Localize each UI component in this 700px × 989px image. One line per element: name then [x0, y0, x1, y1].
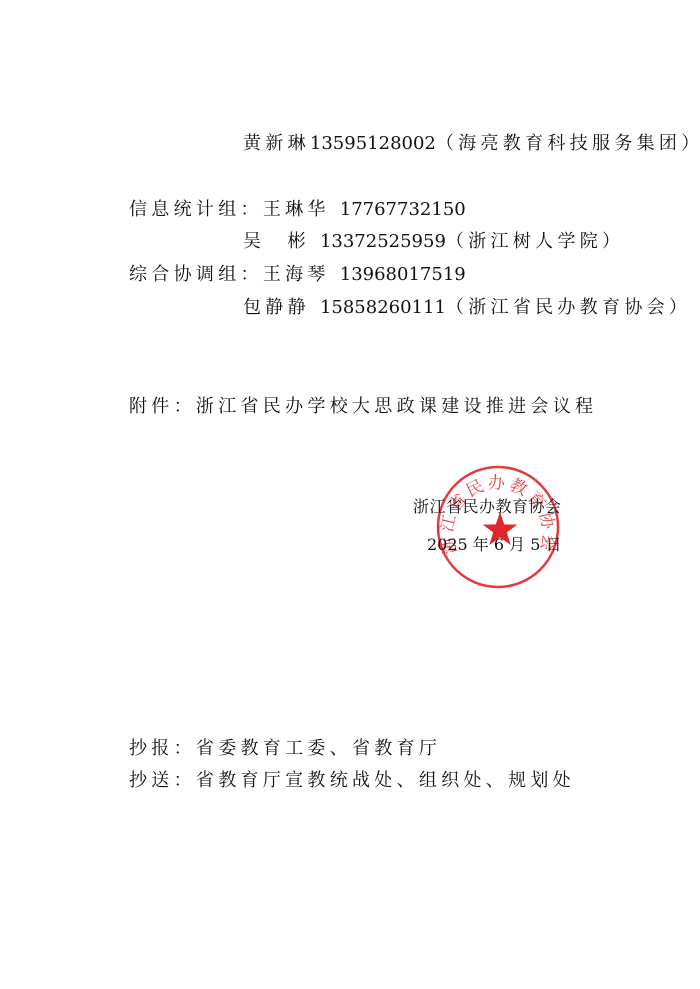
send-label: 抄送： [129, 770, 196, 791]
contact-phone: 13968017519 [340, 264, 466, 285]
group-label: 信息统计组： [129, 199, 263, 220]
send-to-line: 抄送：省教育厅宣教统战处、组织处、规划处 [129, 770, 575, 792]
report-label: 抄报： [129, 738, 196, 759]
send-recipients: 省教育厅宣教统战处、组织处、规划处 [196, 770, 575, 791]
contact-phone: 13595128002 [310, 133, 436, 154]
report-to-line: 抄报：省委教育工委、省教育厅 [129, 738, 441, 760]
contact-phone: 17767732150 [340, 199, 466, 220]
contact-name: 包静静 [243, 297, 310, 318]
contact-phone: 15858260111 [320, 297, 446, 318]
signature-date: 2025 年 6 月 5 日 [427, 535, 562, 555]
signature-org: 浙江省民办教育协会 [413, 497, 562, 517]
attachment-title: 浙江省民办学校大思政课建设推进会议程 [196, 396, 597, 417]
report-recipients: 省委教育工委、省教育厅 [196, 738, 441, 759]
coordination-line-1: 综合协调组：王海琴 13968017519 [129, 264, 466, 286]
attachment-label: 附件： [129, 396, 196, 417]
group-label: 综合协调组： [129, 264, 263, 285]
contact-line-huang: 黄新琳13595128002（海亮教育科技服务集团） [243, 133, 700, 155]
contact-org: （浙江省民办教育协会） [446, 297, 691, 318]
contact-name: 吴 彬 [243, 231, 310, 252]
coordination-line-2: 包静静 15858260111（浙江省民办教育协会） [243, 297, 691, 319]
contact-phone: 13372525959 [320, 231, 446, 252]
contact-name: 王琳华 [263, 199, 330, 220]
info-stats-line-1: 信息统计组：王琳华 17767732150 [129, 199, 466, 221]
official-seal-icon: 浙江省民办教育协会 [435, 464, 561, 590]
contact-org: （浙江树人学院） [446, 231, 624, 252]
contact-org: （海亮教育科技服务集团） [436, 133, 700, 154]
contact-name: 王海琴 [263, 264, 330, 285]
info-stats-line-2: 吴 彬 13372525959（浙江树人学院） [243, 231, 624, 253]
attachment-line: 附件：浙江省民办学校大思政课建设推进会议程 [129, 396, 597, 418]
contact-name: 黄新琳 [243, 133, 310, 154]
